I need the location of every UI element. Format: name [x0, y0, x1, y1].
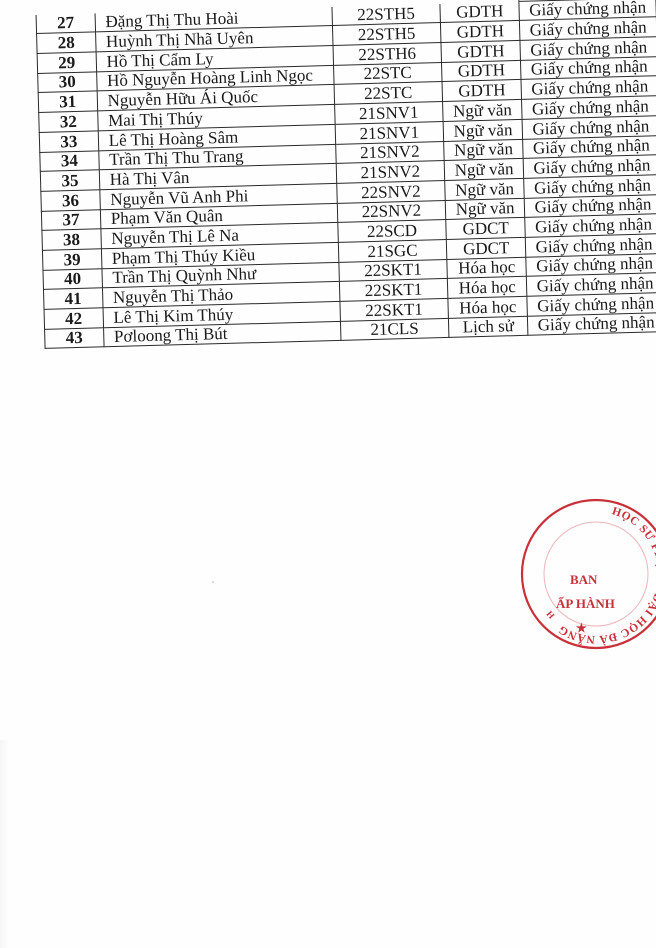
- cell-stt: 39: [42, 249, 101, 270]
- cell-major: Ngữ văn: [445, 198, 524, 220]
- cell-stt: 42: [44, 308, 103, 329]
- cell-major: Ngữ văn: [443, 119, 522, 141]
- official-stamp: HỌC SƯ PHẠM - ĐẠI HỌC ĐÀ NẴNG BAN ẤP HÀN…: [508, 486, 656, 662]
- document-page: Giấy chứng nhận 27Đặng Thị Thu Hoài22STH…: [0, 0, 656, 948]
- cell-stt: 31: [38, 91, 97, 112]
- cell-major: GDTH: [441, 40, 520, 62]
- cell-stt: 41: [44, 288, 103, 309]
- certificate-table-container: Giấy chứng nhận 27Đặng Thị Thu Hoài22STH…: [35, 0, 656, 349]
- cell-stt: 37: [41, 209, 100, 230]
- stamp-seal-icon: HỌC SƯ PHẠM - ĐẠI HỌC ĐÀ NẴNG BAN ẤP HÀN…: [508, 486, 656, 662]
- stamp-center-line2: ẤP HÀNH: [556, 596, 615, 611]
- cell-major: Hóa học: [447, 257, 526, 279]
- cell-major: GDCT: [447, 237, 526, 259]
- cell-stt: 32: [39, 111, 98, 132]
- cell-award: Giấy chứng nhận: [527, 293, 656, 316]
- stamp-center-line1: BAN: [570, 572, 598, 587]
- cell-stt: 40: [43, 268, 102, 289]
- certificate-table-body: Giấy chứng nhận 27Đặng Thị Thu Hoài22STH…: [36, 0, 656, 349]
- scan-edge-shadow: [0, 740, 10, 948]
- cell-stt: 34: [40, 150, 99, 171]
- cell-stt: 33: [39, 131, 98, 152]
- cell-award: Giấy chứng nhận: [525, 214, 656, 237]
- cell-award: Giấy chứng nhận: [527, 312, 656, 335]
- cell-major: Lịch sử: [449, 316, 528, 338]
- cell-major: Ngữ văn: [443, 100, 522, 122]
- cell-major: GDCT: [446, 218, 525, 240]
- certificate-table: Giấy chứng nhận 27Đặng Thị Thu Hoài22STH…: [35, 0, 656, 349]
- cell-major: Ngữ văn: [445, 178, 524, 200]
- cell-stt: 30: [38, 72, 97, 93]
- cell-stt: 35: [40, 170, 99, 191]
- cell-major: GDTH: [442, 60, 521, 82]
- cell-major: GDTH: [440, 1, 519, 23]
- cell-major: Hóa học: [448, 277, 527, 299]
- stamp-ring-text-left: H: [544, 609, 556, 621]
- stamp-star-icon: ★: [576, 621, 587, 635]
- scan-speck: [212, 581, 214, 583]
- cell-major: GDTH: [442, 80, 521, 102]
- cell-award: Giấy chứng nhận: [526, 253, 656, 276]
- cell-major: Hóa học: [448, 296, 527, 318]
- cell-major: GDTH: [441, 21, 520, 43]
- cell-stt: 43: [45, 327, 104, 348]
- cell-stt: 38: [42, 229, 101, 250]
- cell-stt: 28: [37, 32, 96, 53]
- cell-stt: 27: [36, 13, 95, 34]
- cell-class: 21CLS: [340, 318, 449, 341]
- cell-award: Giấy chứng nhận: [526, 273, 656, 296]
- cell-stt: 29: [37, 52, 96, 73]
- cell-award: Giấy chứng nhận: [525, 234, 656, 257]
- cell-major: Ngữ văn: [444, 159, 523, 181]
- cell-stt: 36: [41, 190, 100, 211]
- cell-major: Ngữ văn: [444, 139, 523, 161]
